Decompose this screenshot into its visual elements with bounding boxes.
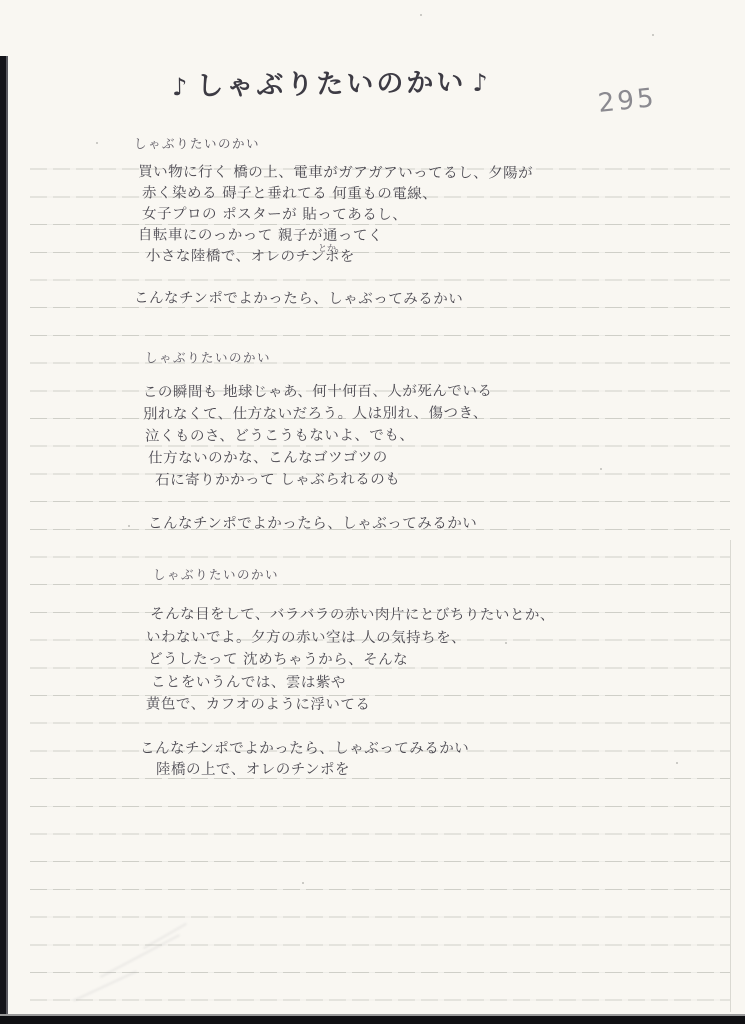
- stanza-2: この瞬間も 地球じゃあ、何十何百、人が死んでいる 別れなくて、仕方ないだろう。人…: [143, 380, 493, 491]
- lyric-line: 黄色で、カフオのように浮いてる: [146, 693, 555, 717]
- lyric-line: 女子プロの ポスターが 貼ってあるし、: [142, 204, 533, 226]
- music-note-icon: ♪: [172, 73, 191, 101]
- inserted-annotation: とか: [318, 241, 336, 254]
- paper-speck: [652, 34, 654, 36]
- refrain-line: こんなチンポでよかったら、しゃぶってみるかい: [140, 737, 469, 758]
- refrain-block: こんなチンポでよかったら、しゃぶってみるかい 陸橋の上で、オレのチンポを: [140, 737, 469, 779]
- paper-speck: [302, 882, 304, 884]
- lyric-line: この瞬間も 地球じゃあ、何十何百、人が死んでいる: [143, 380, 493, 403]
- refrain-line: 陸橋の上で、オレのチンポを: [156, 758, 469, 779]
- lyric-line: いわないでよ。夕方の赤い空は 人の気持ちを、: [146, 626, 555, 650]
- paper-speck: [676, 762, 678, 764]
- stanza-3-header: しゃぶりたいのかい: [153, 565, 279, 583]
- paper-right-margin-line: [730, 540, 731, 1012]
- lyric-line: 小さな陸橋で、オレのチンポを: [146, 246, 533, 268]
- scan-edge-left: [0, 56, 9, 1024]
- paper-speck: [96, 142, 98, 144]
- scan-edge-bottom: [0, 1014, 745, 1024]
- refrain-line: こんなチンポでよかったら、しゃぶってみるかい: [148, 512, 477, 533]
- page-number: 295: [597, 83, 658, 119]
- scanned-lyric-page: ♪しゃぶりたいのかい♪ 295 しゃぶりたいのかい 買い物に行く 橋の上、電車が…: [0, 0, 745, 1024]
- lyric-line: 仕方ないのかな、こんなゴツゴツの: [148, 446, 493, 469]
- lyric-line: どうしたって 沈めちゃうから、そんな: [148, 648, 555, 672]
- stanza-2-header: しゃぶりたいのかい: [145, 348, 271, 366]
- song-title: ♪しゃぶりたいのかい♪: [166, 60, 497, 104]
- paper-speck: [600, 468, 602, 470]
- refrain-line: こんなチンポでよかったら、しゃぶってみるかい: [134, 286, 463, 308]
- lyric-line: 赤く染める 碍子と垂れてる 何重もの電線、: [142, 183, 533, 205]
- lyric-line: ことをいうんでは、雲は紫や: [151, 671, 555, 695]
- paper-speck: [505, 642, 507, 644]
- notebook-ruled-lines: [30, 142, 730, 1008]
- paper-speck: [420, 14, 422, 16]
- lyric-line: 買い物に行く 橋の上、電車がガアガアいってるし、夕陽が: [138, 162, 533, 184]
- music-note-icon: ♪: [472, 69, 491, 97]
- lyric-line: 石に寄りかかって しゃぶられるのも: [155, 468, 493, 491]
- song-title-text: しゃぶりたいのかい: [196, 67, 466, 102]
- lyric-line: 別れなくて、仕方ないだろう。人は別れ、傷つき、: [143, 402, 493, 425]
- stanza-1-header: しゃぶりたいのかい: [134, 134, 260, 152]
- paper-speck: [128, 525, 130, 527]
- lyric-line: 泣くものさ、どうこうもないよ、でも、: [145, 424, 493, 447]
- stanza-3: そんな目をして、バラバラの赤い肉片にとびちりたいとか、 いわないでよ。夕方の赤い…: [146, 603, 555, 717]
- lyric-line: そんな目をして、バラバラの赤い肉片にとびちりたいとか、: [150, 603, 555, 627]
